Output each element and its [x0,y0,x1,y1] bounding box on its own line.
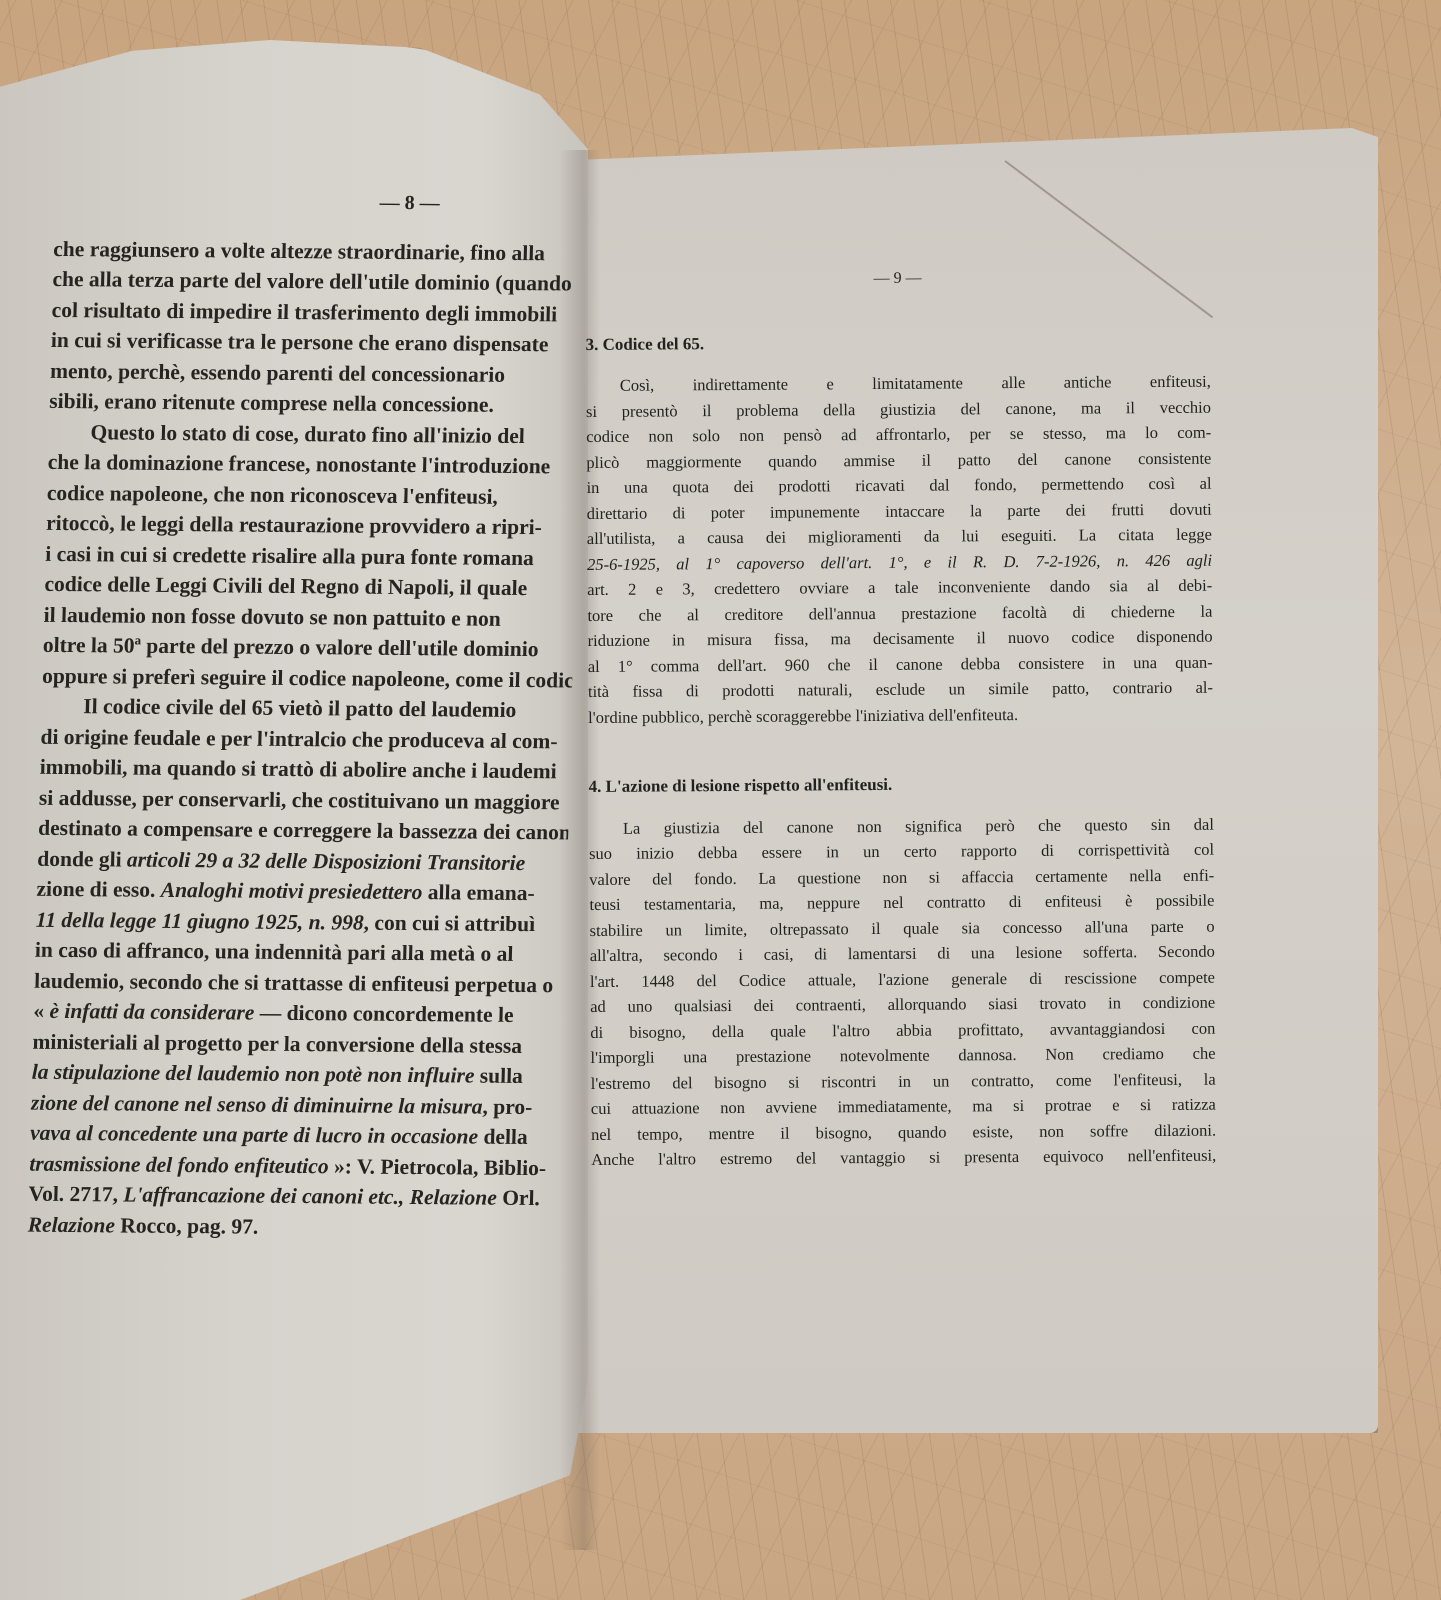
paragraph-start: Questo lo stato di cose, durato fino all… [48,416,579,451]
text-line: codice non solo non pensò ad affrontarlo… [586,420,1211,450]
footnote-line: Vol. 2717, L'affrancazione dei canoni et… [28,1179,559,1214]
text-line: all'altra, secondo i casi, di lamentarsi… [590,939,1215,969]
text-line: in una quota dei prodotti ricavati dal f… [586,471,1211,501]
text-line: cui attuazione non avviene immediatament… [591,1092,1216,1122]
text-line: codice napoleone, che non riconosceva l'… [47,477,578,512]
text-line: il laudemio non fosse dovuto se non patt… [43,599,574,634]
text-line: in caso di affranco, una indennità pari … [35,935,566,970]
text-line: si addusse, per conservarli, che costitu… [39,782,570,817]
right-page-number: — 9 — [585,264,1210,294]
text-line: zione di esso. Analoghi motivi presiedet… [36,874,567,909]
footnote-line: ministeriali al progetto per la conversi… [32,1026,563,1061]
footnote-line: Relazione Rocco, pag. 97. [27,1209,558,1244]
text-line: 11 della legge 11 giugno 1925, n. 998, c… [35,904,566,939]
text-line: laudemio, secondo che si trattasse di en… [34,965,565,1000]
text-line: in cui si verificasse tra le persone che… [51,325,582,360]
left-page-lines: che raggiunsero a volte altezze straordi… [27,233,583,1244]
section-3-paragraph: Così, indirettamente e limitatamente all… [586,369,1213,730]
footnote-line: vava al concedente una parte di lucro in… [30,1118,561,1153]
section-4-paragraph: La giustizia del canone non significa pe… [589,811,1216,1172]
text-line: suo inizio debba essere in un certo rapp… [589,837,1214,867]
text-line: art. 2 e 3, credettero ovviare a tale in… [587,573,1212,603]
left-page-text: — 8 — che raggiunsero a volte altezze st… [27,185,585,1244]
footnote-line: trasmissione del fondo enfiteutico »: V.… [29,1148,560,1183]
text-line: che la dominazione francese, nonostante … [47,447,578,482]
text-line: che raggiunsero a volte altezze straordi… [53,233,584,268]
paragraph-start: Il codice civile del 65 vietò il patto d… [41,691,572,726]
text-line: donde gli articoli 29 a 32 delle Disposi… [37,843,568,878]
text-line: ritoccò, le leggi della restaurazione pr… [46,508,577,543]
text-line: oltre la 50ª parte del prezzo o valore d… [43,630,574,665]
text-line: che alla terza parte del valore dell'uti… [52,264,583,299]
text-line: codice delle Leggi Civili del Regno di N… [44,569,575,604]
text-line: di origine feudale e per l'intralcio che… [40,721,571,756]
text-line: i casi in cui si credette risalire alla … [45,538,576,573]
text-line: tità fissa di prodotti naturali, esclude… [588,675,1213,705]
section-4-heading: 4. L'azione di lesione rispetto all'enfi… [589,770,1214,800]
text-line: col risultato di impedire il trasferimen… [51,294,582,329]
right-page-text: — 9 — 3. Codice del 65. Così, indirettam… [585,264,1216,1173]
text-line: sibili, erano ritenute comprese nella co… [49,386,580,421]
footnote-line: la stipulazione del laudemio non potè no… [31,1057,562,1092]
left-page-number: — 8 — [54,185,585,220]
text-line: teusi testamentaria, ma, neppure nel con… [589,888,1214,918]
text-line: all'utilista, a causa dei miglioramenti … [587,522,1212,552]
text-line: l'imporgli una prestazione notevolmente … [590,1041,1215,1071]
footnote-line: zione del canone nel senso di diminuirne… [31,1087,562,1122]
text-line: Così, indirettamente e limitatamente all… [586,369,1211,399]
section-3-heading: 3. Codice del 65. [585,327,1210,357]
text-line: immobili, ma quando si trattò di abolire… [39,752,570,787]
text-line: Anche l'altro estremo del vantaggio si p… [591,1143,1216,1173]
text-line: destinato a compensare e correggere la b… [38,813,569,848]
text-line: oppure si preferì seguire il codice napo… [42,660,573,695]
text-line: mento, perchè, essendo parenti del conce… [50,355,581,390]
text-line: riduzione in misura fissa, ma decisament… [588,624,1213,654]
footnote-line: « è infatti da considerare — dicono conc… [33,996,564,1031]
text-line: ad uno qualsiasi dei contraenti, allorqu… [590,990,1215,1020]
